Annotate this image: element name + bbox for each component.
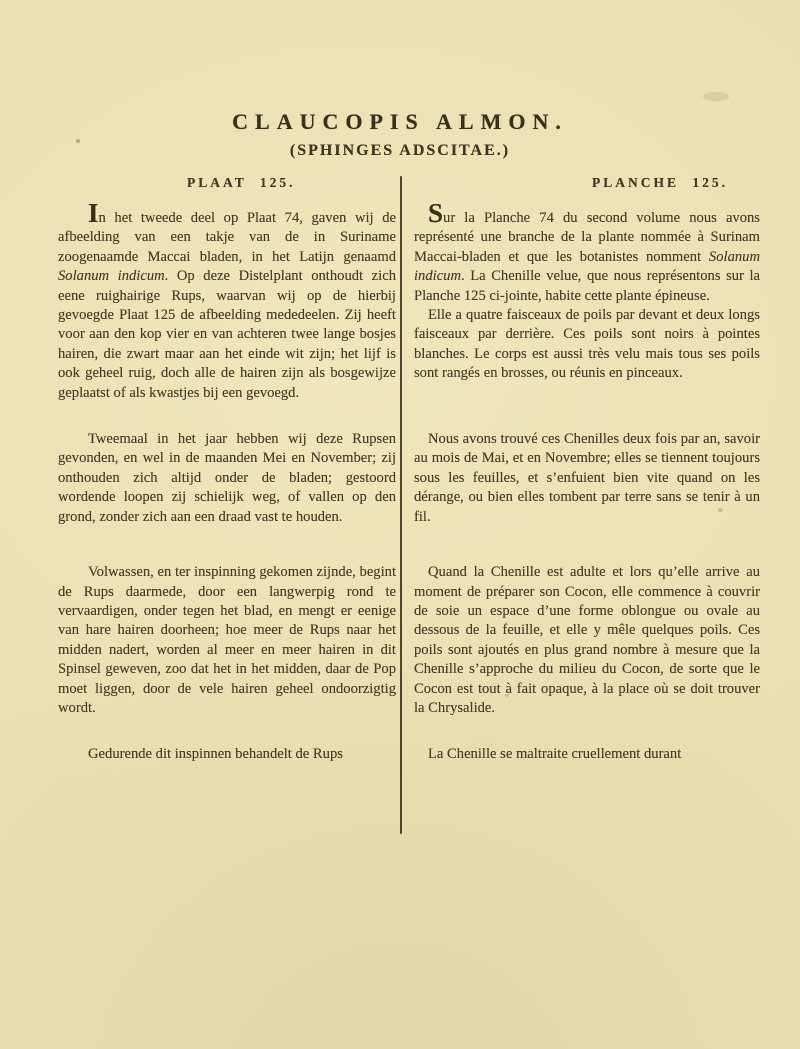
dutch-cell-1: In het tweede deel op Plaat 74, gaven wi… xyxy=(58,203,396,403)
paragraph-dutch-2: Tweemaal in het jaar hebben wij deze Rup… xyxy=(58,430,396,527)
page-subtitle: (SPHINGES ADSCITAE.) xyxy=(0,142,800,160)
french-catch-cell: La Chenille se maltraite cruellement dur… xyxy=(414,745,760,764)
paragraph-french-1b: Elle a quatre faisceaux de poils par dev… xyxy=(414,306,760,384)
french-cell-2: Nous avons trouvé ces Chenilles deux foi… xyxy=(414,430,760,527)
paragraph-row-3: Volwassen, en ter inspinning gekomen zij… xyxy=(58,563,762,718)
book-page: CLAUCOPIS ALMON. (SPHINGES ADSCITAE.) PL… xyxy=(0,0,800,1049)
french-cell-3: Quand la Chenille est adulte et lors qu’… xyxy=(414,563,760,718)
paragraph-french-2: Nous avons trouvé ces Chenilles deux foi… xyxy=(414,430,760,527)
catchline-dutch: Gedurende dit inspinnen behandelt de Rup… xyxy=(58,745,396,764)
paragraph-dutch-3: Volwassen, en ter inspinning gekomen zij… xyxy=(58,563,396,718)
plate-header-dutch: PLAAT 125. xyxy=(187,175,296,191)
dutch-cell-3: Volwassen, en ter inspinning gekomen zij… xyxy=(58,563,396,718)
plate-header-french: PLANCHE 125. xyxy=(592,175,728,191)
page-title: CLAUCOPIS ALMON. xyxy=(0,109,800,135)
paragraph-row-1: In het tweede deel op Plaat 74, gaven wi… xyxy=(58,203,762,403)
paragraph-row-2: Tweemaal in het jaar hebben wij deze Rup… xyxy=(58,430,762,527)
french-cell-1: Sur la Planche 74 du second volume nous … xyxy=(414,203,760,403)
text-columns: In het tweede deel op Plaat 74, gaven wi… xyxy=(58,203,762,765)
catchline-french: La Chenille se maltraite cruellement dur… xyxy=(414,745,760,764)
paragraph-french-3: Quand la Chenille est adulte et lors qu’… xyxy=(414,563,760,718)
dutch-catch-cell: Gedurende dit inspinnen behandelt de Rup… xyxy=(58,745,396,764)
paper-smudge xyxy=(703,92,729,101)
dutch-cell-2: Tweemaal in het jaar hebben wij deze Rup… xyxy=(58,430,396,527)
paragraph-dutch-1: In het tweede deel op Plaat 74, gaven wi… xyxy=(58,203,396,403)
paragraph-french-1: Sur la Planche 74 du second volume nous … xyxy=(414,203,760,306)
catchline-row: Gedurende dit inspinnen behandelt de Rup… xyxy=(58,745,762,764)
